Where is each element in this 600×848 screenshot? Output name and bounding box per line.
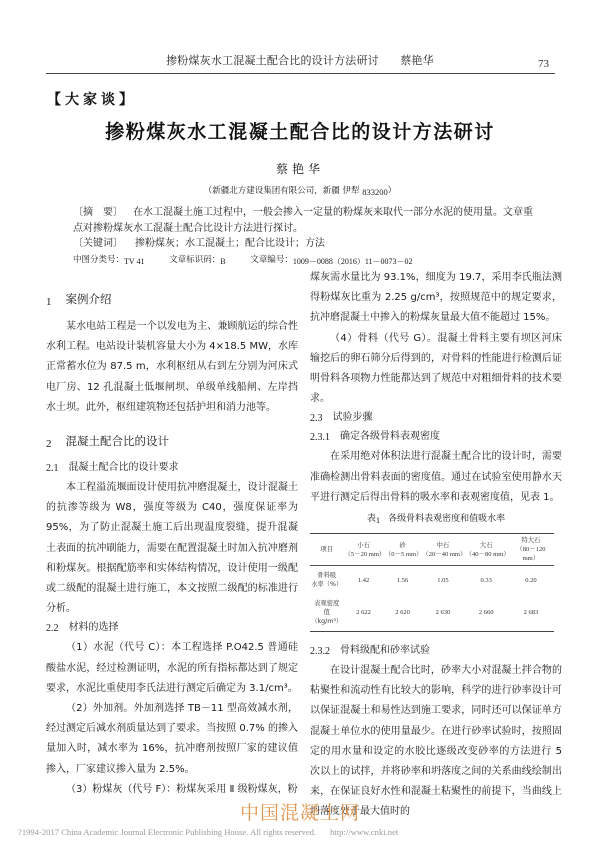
section-2-3-1-paragraph: 在采用绝对体积法进行混凝土配合比的设计时，需要准确检测出骨料表面的密度值。通过在…	[310, 447, 562, 508]
section-2-3-heading: 2.3试验步骤	[310, 409, 562, 428]
article-no-value: 1009－0088（2016）11－0073－02	[293, 257, 413, 266]
abstract-text: 在水工混凝土施工过程中，一般会掺入一定量的粉煤灰来取代一部分水泥的使用量。文章重…	[73, 207, 533, 234]
table-cell: 0.20	[508, 566, 554, 595]
aggregate-paragraph: （4）骨料（代号 G）。混凝土骨料主要有坝区河床输挖后的卵石筛分后得到的，对骨料…	[310, 329, 562, 410]
section-1-heading: 1案例介绍	[46, 290, 298, 311]
table-cell: 1.05	[421, 566, 464, 595]
table-1: 项目 小石（5－20 mm） 砂（0－5 mm） 中石（20－40 mm） 大石…	[310, 533, 554, 632]
cement-paragraph: （1）水泥（代号 C）：本工程选择 P.O42.5 普通硅酸盐水泥，经过检测证明…	[46, 638, 298, 699]
keywords: 〔关键词〕掺粉煤灰；水工混凝土；配合比设计；方法	[73, 237, 535, 251]
table-header-cell: 砂（0－5 mm）	[384, 534, 421, 566]
table-header-cell: 小石（5－20 mm）	[343, 534, 383, 566]
section-2-heading: 2混凝土配合比的设计	[46, 432, 298, 453]
table-cell: 2 620	[384, 594, 421, 632]
table-row: 骨料吸水率（%） 1.42 1.56 1.05 0.33 0.20	[310, 566, 554, 595]
page-number: 73	[538, 58, 549, 70]
running-title: 掺粉煤灰水工混凝土配合比的设计方法研讨	[166, 54, 379, 67]
affiliation-close: ）	[388, 186, 397, 196]
classification-line: 中图分类号：TV 41 文章标识码：B 文章编号：1009－0088（2016）…	[73, 254, 543, 268]
abstract: 〔摘 要〕在水工混凝土施工过程中，一般会掺入一定量的粉煤灰来取代一部分水泥的使用…	[73, 205, 535, 237]
section-2-2-heading: 2.2材料的选择	[46, 619, 298, 638]
right-column: 煤灰需水量比为 93.1%，细度为 19.7，采用李氏瓶法测得粉煤灰比重为 2.…	[310, 268, 562, 823]
section-2-3-1-heading: 2.3.1确定各级骨料表观密度	[310, 428, 562, 447]
clc-value: TV 41	[124, 257, 145, 266]
copyright-line: ?1994-2017 China Academic Journal Electr…	[18, 827, 578, 837]
doc-code-label: 文章标识码：	[169, 255, 220, 265]
table-cell: 2 660	[465, 594, 508, 632]
column-tag: 【大家谈】	[47, 89, 137, 109]
table-header-cell: 大石（40－80 mm）	[465, 534, 508, 566]
left-column: 1案例介绍 某水电站工程是一个以发电为主、兼顾航运的综合性水利工程。电站设计装机…	[46, 276, 298, 800]
table-cell: 0.33	[465, 566, 508, 595]
table-cell: 2 683	[508, 594, 554, 632]
clc-label: 中图分类号：	[73, 255, 124, 265]
author: 蔡艳华	[0, 160, 600, 177]
row-label: 骨料吸水率（%）	[310, 566, 343, 595]
keywords-label: 〔关键词〕	[73, 238, 123, 249]
table-header-cell: 特大石（80－120 mm）	[508, 534, 554, 566]
affiliation: （新疆北方建设集团有限公司，新疆 伊犁 833200）	[0, 184, 600, 197]
article-no-label: 文章编号：	[250, 255, 293, 265]
table-cell: 1.56	[384, 566, 421, 595]
admixture-paragraph: （2）外加剂。外加剂选择 TB－11 型高效减水剂，经过测定后减水剂质量达到了要…	[46, 699, 298, 780]
table-cell: 2 630	[421, 594, 464, 632]
table-header-cell: 项目	[310, 534, 343, 566]
cnki-link[interactable]: http://www.cnki.net	[330, 827, 398, 837]
affiliation-postcode: 833200	[362, 187, 388, 197]
copyright-text: ?1994-2017 China Academic Journal Electr…	[18, 827, 316, 837]
doc-code-value: B	[220, 257, 225, 266]
table-cell: 2 622	[343, 594, 383, 632]
running-head: 掺粉煤灰水工混凝土配合比的设计方法研讨 蔡艳华	[0, 52, 600, 68]
table-header-cell: 中石（20－40 mm）	[421, 534, 464, 566]
header-rule	[46, 73, 555, 74]
abstract-label: 〔摘 要〕	[73, 207, 123, 218]
running-author: 蔡艳华	[400, 54, 434, 67]
section-2-1-heading: 2.1混凝土配合比的设计要求	[46, 459, 298, 478]
paper-title: 掺粉煤灰水工混凝土配合比的设计方法研讨	[0, 117, 600, 144]
affiliation-text: （新疆北方建设集团有限公司，新疆 伊犁	[204, 186, 362, 196]
watermark-logo: 中国混凝土网	[0, 798, 600, 825]
section-1-paragraph: 某水电站工程是一个以发电为主、兼顾航运的综合性水利工程。电站设计装机容量大小为 …	[46, 317, 298, 418]
section-2-3-2-heading: 2.3.2骨料级配和砂率试验	[310, 642, 562, 661]
table-1-caption: 表1各级骨料表观密度和值吸水率	[310, 510, 562, 529]
table-cell: 1.42	[343, 566, 383, 595]
fly-ash-paragraph-cont: 煤灰需水量比为 93.1%，细度为 19.7，采用李氏瓶法测得粉煤灰比重为 2.…	[310, 268, 562, 329]
section-2-1-paragraph: 本工程溢流堰面设计使用抗冲磨混凝土，设计混凝土的抗渗等级为 W8，强度等级为 C…	[46, 478, 298, 619]
row-label: 表观密度值（kg/m³）	[310, 594, 343, 632]
table-row: 表观密度值（kg/m³） 2 622 2 620 2 630 2 660 2 6…	[310, 594, 554, 632]
table-header-row: 项目 小石（5－20 mm） 砂（0－5 mm） 中石（20－40 mm） 大石…	[310, 534, 554, 566]
keywords-text: 掺粉煤灰；水工混凝土；配合比设计；方法	[135, 238, 325, 249]
